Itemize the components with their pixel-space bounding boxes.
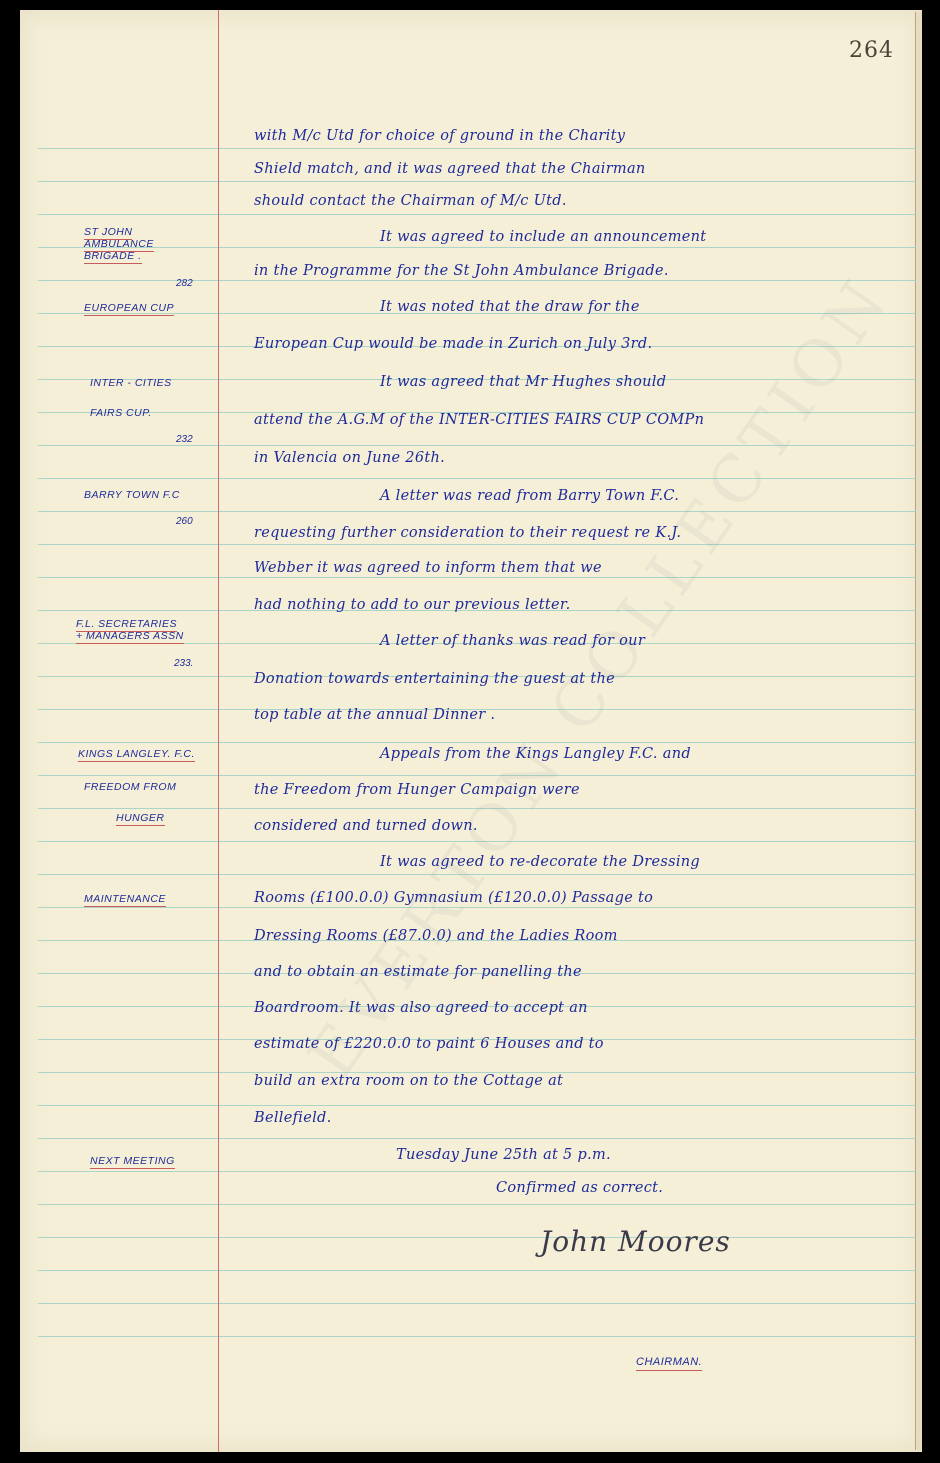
minute-line: requesting further consideration to thei… xyxy=(254,525,914,541)
ruled-line xyxy=(38,742,916,743)
minute-line: estimate of £220.0.0 to paint 6 Houses a… xyxy=(254,1036,914,1052)
minute-line: Shield match, and it was agreed that the… xyxy=(254,161,914,177)
ruled-line xyxy=(38,478,916,479)
minute-line: A letter was read from Barry Town F.C. xyxy=(380,488,940,504)
ruled-line xyxy=(38,280,916,281)
ruled-line xyxy=(38,907,916,908)
minute-line: European Cup would be made in Zurich on … xyxy=(254,336,914,352)
minute-line: attend the A.G.M of the INTER-CITIES FAI… xyxy=(254,412,914,428)
minute-line: It was noted that the draw for the xyxy=(380,299,940,315)
margin-ref: 282 xyxy=(176,278,193,289)
margin-note-maintenance: Maintenance xyxy=(84,893,212,905)
ruled-line xyxy=(38,148,916,149)
minute-line: Bellefield. xyxy=(254,1110,914,1126)
ruled-line xyxy=(38,214,916,215)
ruled-line xyxy=(38,1171,916,1172)
ruled-line xyxy=(38,445,916,446)
margin-note-inter-cities: Inter - Cities Fairs Cup. xyxy=(84,377,212,419)
minute-line: It was agreed to re-decorate the Dressin… xyxy=(380,854,940,870)
minute-line: should contact the Chairman of M/c Utd. xyxy=(254,193,914,209)
page-number: 264 xyxy=(849,38,894,63)
ruled-line xyxy=(38,181,916,182)
ruled-line xyxy=(38,1336,916,1337)
chairman-label: CHAIRMAN. xyxy=(636,1356,702,1371)
margin-ref: 260 xyxy=(176,516,193,527)
ruled-line xyxy=(38,841,916,842)
minute-line: and to obtain an estimate for panelling … xyxy=(254,964,914,980)
ruled-line xyxy=(38,1303,916,1304)
minute-line: A letter of thanks was read for our xyxy=(380,633,940,649)
margin-note-kings-langley: Kings Langley. F.C. xyxy=(78,748,206,760)
ruled-line xyxy=(38,874,916,875)
minute-line: It was agreed that Mr Hughes should xyxy=(380,374,940,390)
minute-line: Appeals from the Kings Langley F.C. and xyxy=(380,746,940,762)
ruled-line xyxy=(38,511,916,512)
ruled-line xyxy=(38,1270,916,1271)
ruled-line xyxy=(38,1105,916,1106)
minute-line: Boardroom. It was also agreed to accept … xyxy=(254,1000,914,1016)
minute-line: top table at the annual Dinner . xyxy=(254,707,914,723)
red-margin-line xyxy=(218,10,219,1452)
minute-line: considered and turned down. xyxy=(254,818,914,834)
minute-line: Donation towards entertaining the guest … xyxy=(254,671,914,687)
minute-line: Webber it was agreed to inform them that… xyxy=(254,560,914,576)
page-edge xyxy=(915,12,922,1450)
minute-line: in Valencia on June 26th. xyxy=(254,450,914,466)
ruled-line xyxy=(38,1204,916,1205)
minute-line: Rooms (£100.0.0) Gymnasium (£120.0.0) Pa… xyxy=(254,890,914,906)
chairman-signature: John Moores xyxy=(540,1225,731,1258)
ruled-line xyxy=(38,775,916,776)
margin-ref: 232 xyxy=(176,434,193,445)
ruled-line xyxy=(38,1138,916,1139)
minute-line: It was agreed to include an announcement xyxy=(380,229,940,245)
minute-line: in the Programme for the St John Ambulan… xyxy=(254,263,914,279)
margin-note-barry-town: Barry Town F.C xyxy=(84,489,212,501)
next-meeting-date: Tuesday June 25th at 5 p.m. xyxy=(396,1147,940,1163)
ruled-line xyxy=(38,544,916,545)
minute-line: build an extra room on to the Cottage at xyxy=(254,1073,914,1089)
confirmed-line: Confirmed as correct. xyxy=(496,1180,940,1196)
minute-line: the Freedom from Hunger Campaign were xyxy=(254,782,914,798)
margin-note-freedom-from-hunger: Freedom From Hunger xyxy=(84,781,212,824)
ruled-line xyxy=(38,1237,916,1238)
minute-line: Dressing Rooms (£87.0.0) and the Ladies … xyxy=(254,928,914,944)
margin-note-fl-secretaries: F.L. Secretaries + Managers Assn xyxy=(76,618,204,642)
margin-note-next-meeting: Next Meeting xyxy=(90,1155,218,1167)
margin-note-european-cup: European Cup xyxy=(84,302,212,314)
margin-note-st-john: St John Ambulance Brigade . xyxy=(84,226,212,262)
margin-ref: 233. xyxy=(174,658,193,669)
minute-line: had nothing to add to our previous lette… xyxy=(254,597,914,613)
minute-line: with M/c Utd for choice of ground in the… xyxy=(254,128,914,144)
ruled-line xyxy=(38,577,916,578)
